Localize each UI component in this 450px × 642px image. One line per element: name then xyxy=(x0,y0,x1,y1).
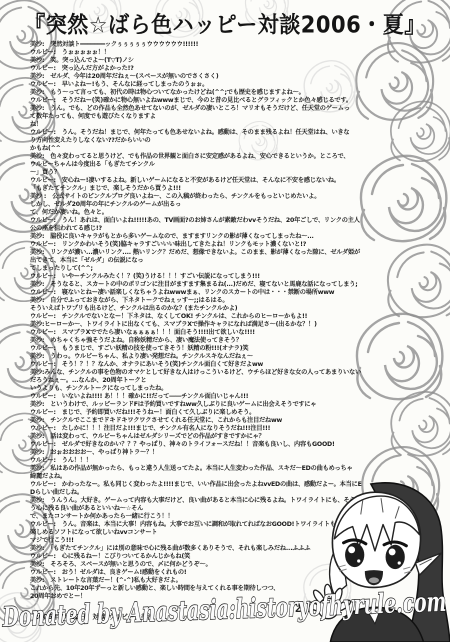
dialogue-line: ウルビー: そうだねー(笑)確かに物心無いよねwwwまじで、今のと昔の見比べると… xyxy=(30,97,362,105)
dialogue-line: て、何だか凄いね。色々と。 xyxy=(30,209,362,217)
dialogue-line: かもね(^^ xyxy=(30,145,362,153)
dialogue-line: 美沙: うわっ。ウルビーちゃん、私より凄い発想だね。チンクルスキなんだねぇ～ xyxy=(30,353,362,361)
dialogue-line: ウルビー: 安心ねー!凄いするよね。新しいゲームになると不安があるけど任天堂は、… xyxy=(30,177,362,185)
dialogue-line: 美沙: めちゃくちゃ強そうだよね。自称妖精だから、凄い魔法使ってきそう？ xyxy=(30,337,362,345)
dialogue-line: 美沙: ゼルダ、今年は20周年だねぇ～(スペースが無いのでさくさく) xyxy=(30,73,362,81)
dialogue-line: ウルビー: まじで、予約即買いだね!!!そうねー！面白くて久しぶりに楽しめそう。 xyxy=(30,409,362,417)
dialogue-line: ウルビー: たしかに！！！注目だよ!!!まじで、チンクル有名人になりそうだね!!… xyxy=(30,425,362,433)
dialogue-line: しかし、ゼルダ20周年の年にチンクルのゲームが出るっ xyxy=(30,201,362,209)
dialogue-line: 美沙: もう～って言っても、初代の時は物心ついてなかったけどね(^^;でも歴史を… xyxy=(30,89,362,97)
dialogue-line: ね！ xyxy=(30,121,362,129)
dialogue-line: ウルビー: リンクかわいそう(笑)脇キャラすごいいい味出してきたよね！リンクもモ… xyxy=(30,241,362,249)
dialogue-line: 美沙: 笑。突っ込んでよ～(T▽T)ノシ xyxy=(30,57,362,65)
dialogue-line: て数年たっても、何度でも遊びたくなりますよ xyxy=(30,113,362,121)
dialogue-line: 「もぎたてチンクル」まじで、楽しそうだから買うよ!!! xyxy=(30,185,362,193)
dialogue-line: ウルビー: ゼルダで好きなのかい？？？やっぱり、神々のトライフォースだね！！音楽… xyxy=(30,441,362,449)
dialogue-line: ウルビー: うん。そうだね！まじで、何年たっても色あせないよね。感動は、そのまま… xyxy=(30,129,362,137)
dialogue-line: 美沙: 色々変わってると思うけど、でも作品の世界観と面白さに安定感があるよね、安… xyxy=(30,153,362,161)
dialogue-line: 美沙: うん。でも、どの作品も全然色あせてないのが、ゼルダの凄いところ！マリオも… xyxy=(30,105,362,113)
dialogue-line: 美沙: 自分でふっておきながら、下ネタトークでねぇッす～;;はるはる。 xyxy=(30,297,362,305)
dialogue-line: てしまったりして(^^; xyxy=(30,265,362,273)
dialogue-line: ウルビー: もうまじで、すごい妖精の技を使ってきそう！妖精の粉!!!(オナラ)笑 xyxy=(30,345,362,353)
dialogue-line: 美沙: おぉおおおお～、やっぱり神トラ～？！ xyxy=(30,449,362,457)
dialogue-line: ウルビー: 突っ込んだ方がよかった!? xyxy=(30,65,362,73)
dialogue-line: ウルビー: うん！あれは、面白いよね!!!!!あの、TV画面?のお姉さんが素敵だ… xyxy=(30,217,362,225)
page-title: 『突然☆ばら色ハッピー対談2006・夏』 xyxy=(0,8,450,40)
dialogue-line: いうよりも、チンクルトークになってしまったね。 xyxy=(30,385,362,393)
dialogue-line: ウルビー: 早いよねー!もう、そんなに経ってしまったのうぉぉ。 xyxy=(30,81,362,89)
footer-credit-graffiti: Donated by Anastasia:historyofhyrule.com xyxy=(0,590,450,642)
footer-credit-text: Donated by Anastasia:historyofhyrule.com xyxy=(1,590,447,633)
dialogue-line: 公の座を狙われてる感じ!? xyxy=(30,225,362,233)
dialogue-line: ウルビー: うぉぉぉぉぉ！！ xyxy=(30,49,362,57)
dialogue-line: 美沙: 突然対談ト━━━━━━━ックぅぅぅぅぅウウウウウウ!!!!!! xyxy=(30,41,362,49)
dialogue-line: 美沙: 話は変わって、ウルビーちゃんはゼルダシリーズでどの作品がすきですかにゃ？ xyxy=(30,433,362,441)
dialogue-line: 美沙: というわけで、ルッピーランドFは予約買いですねww久しぶりに良いゲームに… xyxy=(30,401,362,409)
dialogue-line: だろうねぇ～。...なんか、20周年トークと xyxy=(30,377,362,385)
dialogue-line: ウルビーちゃんは今度出る「もぎたてチンクル xyxy=(30,161,362,169)
dialogue-line: ウルビー: うん！！！ xyxy=(30,457,362,465)
dialogue-line: 美沙 : 公式サイトのピンクルブログ良いよね～、この入稿が終わったら、チンクルを… xyxy=(30,193,362,201)
dialogue-line: そういえばトワプリも出るけど、チンクルは出るのかな？(またチンクルかよ) xyxy=(30,305,362,313)
doujinshi-page: 『突然☆ばら色ハッピー対談2006・夏』 美沙: 突然対談ト━━━━━━━ックぅ… xyxy=(0,0,450,642)
dialogue-line: り方向性変えたりしなくない??だからいいの xyxy=(30,137,362,145)
dialogue-line: ウルビー: 寝ないとねー凄い話楽しくなちゃうよねwwwまぁ、リンクのスカートの中… xyxy=(30,289,362,297)
dialogue-line: 美沙:みんな、チンクルの事を色物のオマケとして好きな人はけっこういるけど、ウチら… xyxy=(30,369,362,377)
dialogue-line: ウルビー: スマブラXででたら凄いなぁぁぁぁ！！！面白そう!!!!出て欲しいな!… xyxy=(30,329,362,337)
dialogue-line: 美沙: チンクルでここまでドキドキワクワクさせてくれる任天堂に、これからも注目だ… xyxy=(30,417,362,425)
dialogue-line: ウルビー: そう！？！？なんか、オナラにあいそう(笑)チンクル面白くて好きだよw… xyxy=(30,361,362,369)
dialogue-line: 美沙: リンクが濃い...濃いリンク.... 熱いリンク？だめだ、想像できないよ… xyxy=(30,249,362,257)
dialogue-line: 美沙:ヒーローか～、トワイライトに出なくても、スマブラXで操作キャラになれば満足… xyxy=(30,321,362,329)
dialogue-line: 美沙: 脇役に良いキャラがもとから多いゲームなので、ますますリンクの影が薄くなっ… xyxy=(30,233,362,241)
dialogue-line: ウルビー: チンクルでないとなー！下ネタは、なくしてOK! チンクルは、これから… xyxy=(30,313,362,321)
dialogue-line: ～」買う？ xyxy=(30,169,362,177)
dialogue-line: ウルビー: いやーチンクルみたく！？(笑)うける！！！すごい伝説になってしまう!… xyxy=(30,273,362,281)
dialogue-line: ウルビー: いないよね!!!! あ！！！確かに!!だって――チンクル面白いじゃん… xyxy=(30,393,362,401)
dialogue-line: 美沙: そうなると、スカートの中のポリゴンに注目がますます集まるね(...)だめ… xyxy=(30,281,362,289)
dialogue-line: 出てきて、本当に「ゼルダ」の伝説になっ xyxy=(30,257,362,265)
dialogue-line: 美沙: 私はあの作品が無かったら、もっと違う人生送ってたよ。本当に人生変わった作… xyxy=(30,465,362,473)
